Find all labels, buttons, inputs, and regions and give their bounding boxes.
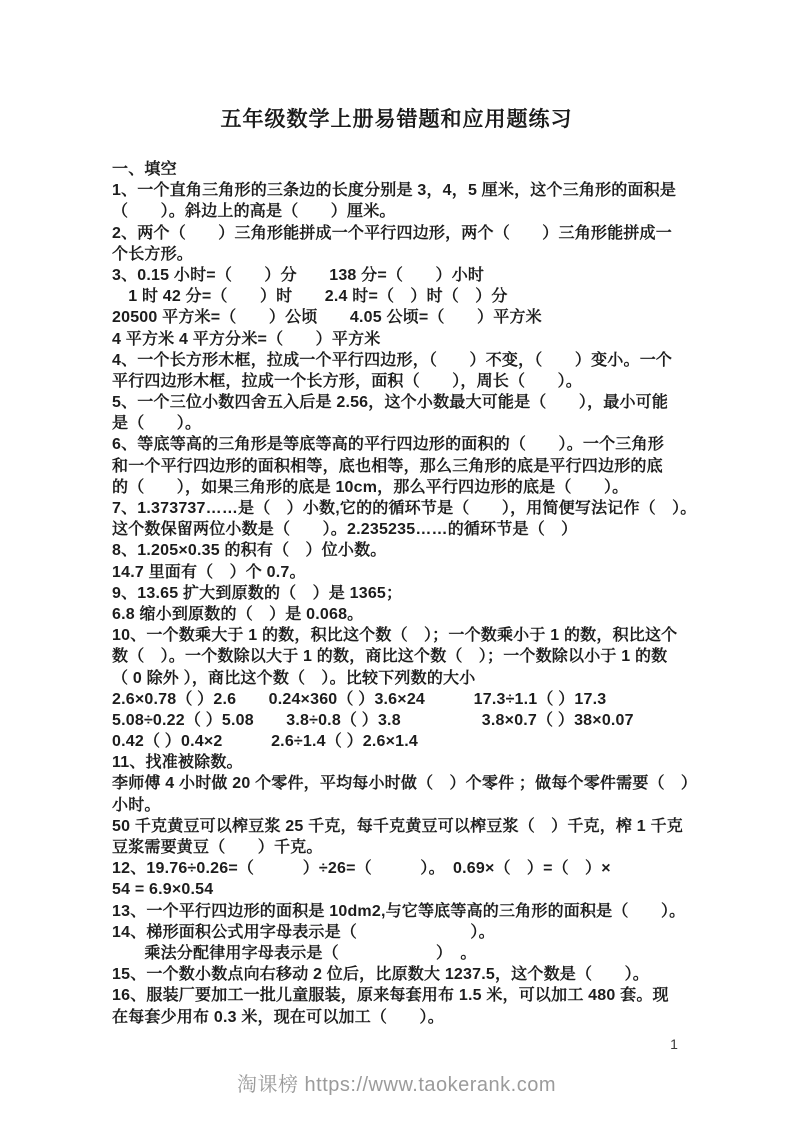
worksheet-body: 一、填空1、一个直角三角形的三条边的长度分别是 3，4，5 厘米，这个三角形的面… <box>112 159 688 1028</box>
text-line-8: 20500 平方米=（ ）公顷 4.05 公顷=（ ）平方米 <box>112 307 688 328</box>
page-number: 1 <box>664 1036 684 1052</box>
text-line-35: 54 = 6.9×0.54 <box>112 879 688 900</box>
text-line-21: 9、13.65 扩大到原数的（ ）是 1365； <box>112 583 688 604</box>
footer-watermark: 淘课榜 https://www.taokerank.com <box>0 1068 793 1097</box>
text-line-37: 14、梯形面积公式用字母表示是（ ）。 <box>112 922 688 943</box>
text-line-38: 乘法分配律用字母表示是（ ） 。 <box>112 943 688 964</box>
text-line-12: 5、一个三位小数四舍五入后是 2.56，这个小数最大可能是（ ），最小可能 <box>112 392 688 413</box>
text-line-34: 12、19.76÷0.26=（ ）÷26=（ ）。 0.69×（ ）=（ ）× <box>112 858 688 879</box>
text-line-25: （ 0 除外 ），商比这个数（ ）。比较下列数的大小 <box>112 668 688 689</box>
text-line-30: 李师傅 4 小时做 20 个零件，平均每小时做（ ）个零件 ；做每个零件需要（ … <box>112 773 688 794</box>
text-line-39: 15、一个数小数点向右移动 2 位后，比原数大 1237.5，这个数是（ ）。 <box>112 964 688 985</box>
text-line-4: 2、两个（ ）三角形能拼成一个平行四边形，两个（ ）三角形能拼成一 <box>112 223 688 244</box>
text-line-20: 14.7 里面有（ ）个 0.7。 <box>112 562 688 583</box>
text-line-19: 8、1.205×0.35 的积有（ ）位小数。 <box>112 540 688 561</box>
text-line-17: 7、1.373737……是（ ）小数,它的的循环节是（ ），用简便写法记作（ ）… <box>112 498 688 519</box>
text-line-3: （ ）。斜边上的高是（ ）厘米。 <box>112 201 688 222</box>
text-line-16: 的（ ），如果三角形的底是 10cm，那么平行四边形的底是（ ）。 <box>112 477 688 498</box>
text-line-32: 50 千克黄豆可以榨豆浆 25 千克，每千克黄豆可以榨豆浆（ ）千克，榨 1 千… <box>112 816 688 837</box>
text-line-15: 和一个平行四边形的面积相等，底也相等，那么三角形的底是平行四边形的底 <box>112 456 688 477</box>
text-line-28: 0.42（ ）0.4×2 2.6÷1.4（ ）2.6×1.4 <box>112 731 688 752</box>
text-line-33: 豆浆需要黄豆（ ）千克。 <box>112 837 688 858</box>
text-line-26: 2.6×0.78（ ）2.6 0.24×360（ ）3.6×24 17.3÷1.… <box>112 689 688 710</box>
text-line-22: 6.8 缩小到原数的（ ）是 0.068。 <box>112 604 688 625</box>
text-line-27: 5.08÷0.22（ ）5.08 3.8÷0.8（ ）3.8 3.8×0.7（ … <box>112 710 688 731</box>
text-line-24: 数（ ）。一个数除以大于 1 的数，商比这个数（ ）；一个数除以小于 1 的数 <box>112 646 688 667</box>
document-page: 五年级数学上册易错题和应用题练习 一、填空1、一个直角三角形的三条边的长度分别是… <box>0 0 793 1122</box>
text-line-41: 在每套少用布 0.3 米，现在可以加工（ ）。 <box>112 1007 688 1028</box>
text-line-40: 16、服装厂要加工一批儿童服装，原来每套用布 1.5 米，可以加工 480 套。… <box>112 985 688 1006</box>
text-line-7: 1 时 42 分=（ ）时 2.4 时=（ ）时（ ）分 <box>112 286 688 307</box>
text-line-2: 1、一个直角三角形的三条边的长度分别是 3，4，5 厘米，这个三角形的面积是 <box>112 180 688 201</box>
text-line-11: 平行四边形木框，拉成一个长方形，面积（ ），周长（ ）。 <box>112 371 688 392</box>
text-line-9: 4 平方米 4 平方分米=（ ）平方米 <box>112 329 688 350</box>
text-line-10: 4、一个长方形木框，拉成一个平行四边形，（ ）不变，（ ）变小。一个 <box>112 350 688 371</box>
text-line-31: 小时。 <box>112 795 688 816</box>
text-line-18: 这个数保留两位小数是（ ）。2.235235……的循环节是（ ） <box>112 519 688 540</box>
text-line-13: 是（ ）。 <box>112 413 688 434</box>
text-line-36: 13、一个平行四边形的面积是 10dm2,与它等底等高的三角形的面积是（ ）。 <box>112 901 688 922</box>
text-line-6: 3、0.15 小时=（ ）分 138 分=（ ）小时 <box>112 265 688 286</box>
text-line-14: 6、等底等高的三角形是等底等高的平行四边形的面积的（ ）。一个三角形 <box>112 434 688 455</box>
page-title: 五年级数学上册易错题和应用题练习 <box>0 103 793 133</box>
text-line-29: 11、找准被除数。 <box>112 752 688 773</box>
text-line-1: 一、填空 <box>112 159 688 180</box>
text-line-23: 10、一个数乘大于 1 的数，积比这个数（ ）；一个数乘小于 1 的数，积比这个 <box>112 625 688 646</box>
text-line-5: 个长方形。 <box>112 244 688 265</box>
